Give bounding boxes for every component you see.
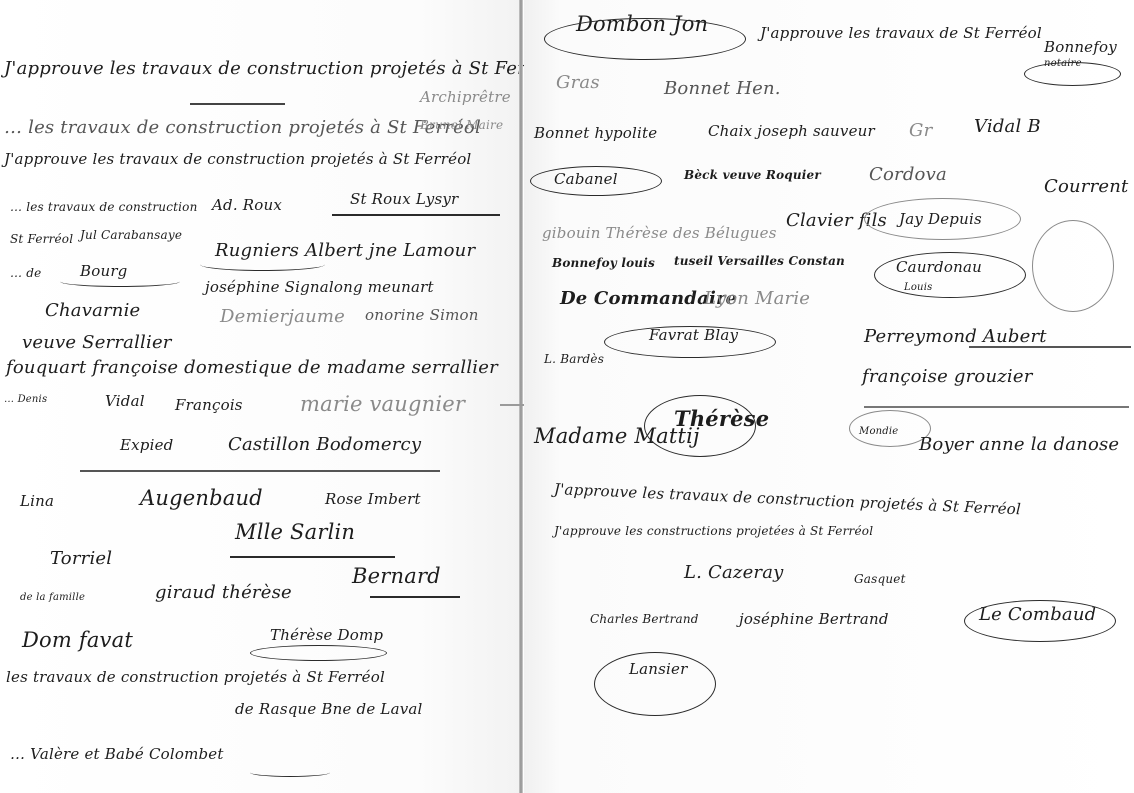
- signature: Jul Carabansaye: [80, 228, 182, 242]
- signature-flourish: [332, 214, 500, 216]
- signature: Castillon Bodomercy: [228, 434, 421, 455]
- signature: Courrent: [1044, 176, 1129, 197]
- signature: Boyer anne la danose: [919, 434, 1119, 455]
- signature: Bonnet Hen.: [664, 78, 781, 99]
- signature: Bonnet hypolite: [534, 124, 657, 142]
- divider-line: [864, 406, 1129, 408]
- text-fragment: … de: [10, 266, 41, 280]
- signature-flourish: [604, 326, 776, 358]
- signature: François: [175, 396, 243, 414]
- signature-flourish: [864, 198, 1021, 240]
- signature: Thérèse Domp: [270, 626, 383, 644]
- text-fragment: de la famille: [20, 592, 85, 603]
- signature: Rose Imbert: [325, 490, 421, 508]
- signature-flourish: [594, 652, 716, 716]
- approval-statement: les travaux de construction projetés à S…: [6, 668, 385, 686]
- signature: L. Cazeray: [684, 562, 784, 583]
- signature: Mlle Sarlin: [235, 520, 355, 544]
- signature: Cordova: [869, 164, 947, 185]
- signature: Torriel: [50, 548, 112, 569]
- signature: Expied: [120, 436, 174, 454]
- signature-flourish: [60, 276, 180, 287]
- left-page: J'approuve les travaux de construction p…: [0, 0, 522, 793]
- approval-statement: … les travaux de construction projetés à…: [4, 117, 481, 138]
- text-fragment: St Ferréol: [10, 232, 73, 246]
- signature: de Rasque Bne de Laval: [235, 700, 423, 718]
- signature: joséphine Bertrand: [739, 610, 889, 628]
- signature: Perreymond Aubert: [864, 326, 1047, 347]
- signature: Chavarnie: [45, 300, 140, 321]
- approval-statement: J'approuve les constructions projetées à…: [554, 524, 873, 538]
- signature: Dom favat: [22, 628, 133, 652]
- signature: gibouin Thérèse des Bélugues: [542, 224, 777, 242]
- approval-statement: J'approuve les travaux de construction p…: [4, 58, 563, 79]
- signature: Brunel Maire: [420, 118, 503, 132]
- signature-flourish: [200, 258, 325, 271]
- approval-statement: J'approuve les travaux de construction p…: [554, 480, 1022, 518]
- signature: tuseil Versailles Constan: [674, 254, 845, 268]
- signature-flourish: [1024, 62, 1121, 86]
- signature-flourish: [1032, 220, 1114, 312]
- signature: St Roux Lysyr: [350, 190, 458, 208]
- approval-statement: J'approuve les travaux de St Ferréol: [760, 24, 1042, 42]
- signature: Charles Bertrand: [590, 612, 699, 626]
- signature-flourish: [964, 600, 1116, 642]
- signature-flourish: [644, 395, 756, 457]
- signature: L. Bardès: [544, 352, 604, 366]
- underline-rule: [190, 103, 285, 105]
- signature: Ad. Roux: [212, 196, 282, 214]
- signature-flourish: [370, 596, 460, 598]
- signature-flourish: [969, 346, 1131, 348]
- signature: onorine Simon: [365, 306, 479, 324]
- signature-flourish: [250, 645, 387, 661]
- signature-flourish: [80, 470, 440, 472]
- signature: Augenbaud: [140, 486, 263, 510]
- signature: Bonnefoy: [1044, 38, 1117, 56]
- signature: marie vaugnier: [300, 392, 465, 416]
- document-spread: J'approuve les travaux de construction p…: [0, 0, 1134, 793]
- signature: Gras: [556, 72, 600, 93]
- signature: Bonnefoy louis: [552, 256, 655, 270]
- signature: françoise grouzier: [862, 366, 1033, 387]
- signature-flourish: [530, 166, 662, 196]
- signature: Archiprêtre: [420, 88, 511, 106]
- signature: Gasquet: [854, 572, 906, 586]
- signature-flourish: [544, 18, 746, 60]
- signature: veuve Serrallier: [22, 332, 172, 353]
- signature: Bernard: [352, 564, 441, 588]
- signature: Vidal B: [974, 116, 1041, 137]
- signature: Vidal: [105, 392, 145, 410]
- signature: giraud thérèse: [155, 582, 292, 603]
- signature: Lina: [20, 492, 54, 510]
- signature: Bèck veuve Roquier: [684, 168, 821, 182]
- signature: Lyon Marie: [704, 288, 810, 309]
- approval-statement: … les travaux de construction: [10, 200, 198, 214]
- right-page: Dombon Jon J'approuve les travaux de St …: [524, 0, 1134, 793]
- approval-statement: J'approuve les travaux de construction p…: [4, 150, 471, 168]
- signature: fouquart françoise domestique de madame …: [6, 357, 498, 378]
- signature-flourish: [250, 768, 330, 777]
- signature-flourish: [874, 252, 1026, 298]
- page-gutter: [519, 0, 523, 793]
- signature: … Valère et Babé Colombet: [10, 745, 224, 763]
- signature: … Denis: [4, 394, 47, 405]
- signature: joséphine Signalong meunart: [205, 278, 434, 296]
- signature: Gr: [909, 120, 932, 141]
- signature-flourish: [230, 556, 395, 558]
- signature: Chaix joseph sauveur: [708, 122, 875, 140]
- signature: Demierjaume: [220, 306, 345, 327]
